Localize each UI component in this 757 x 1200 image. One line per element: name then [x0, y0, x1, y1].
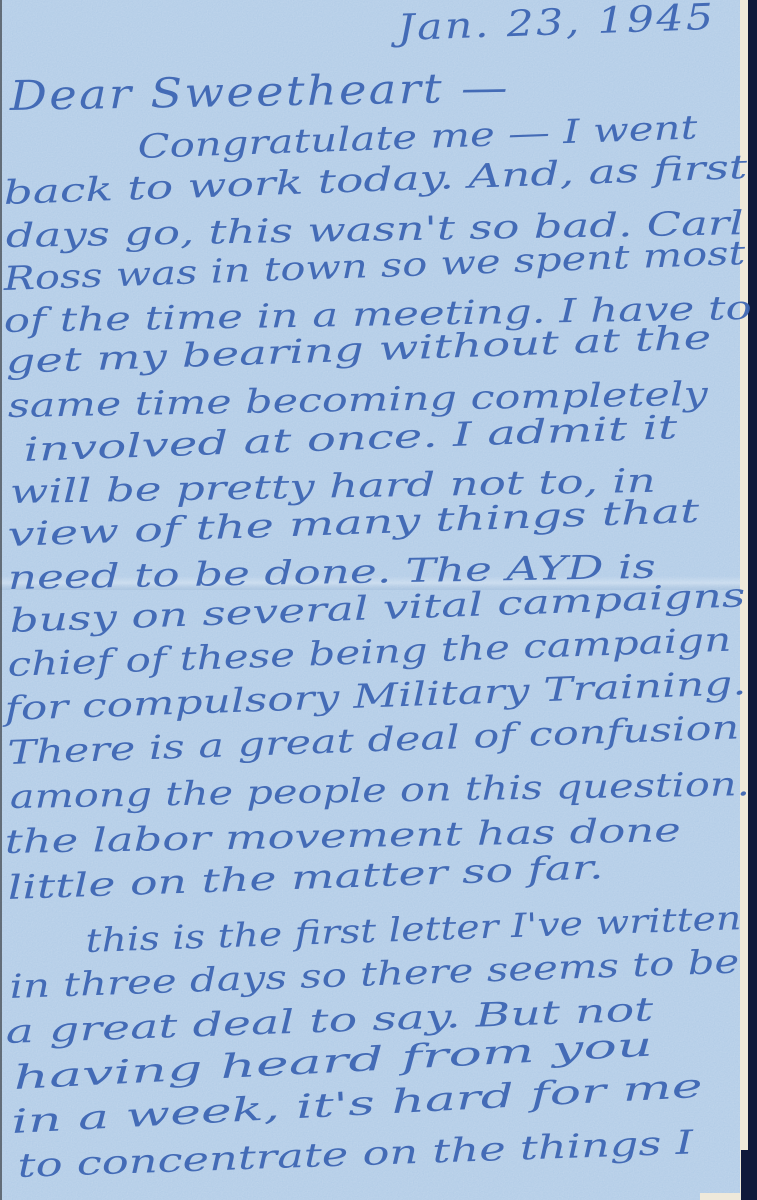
letter-salutation: Dear Sweetheart — [8, 63, 510, 120]
scan-edge-right-dark [748, 0, 757, 1200]
letter-page: Jan. 23, 1945 Dear Sweetheart — Congratu… [0, 0, 757, 1200]
scan-edge-left [0, 0, 2, 1200]
letter-scan: Jan. 23, 1945 Dear Sweetheart — Congratu… [0, 0, 757, 1200]
scan-corner-dark [741, 1150, 757, 1200]
